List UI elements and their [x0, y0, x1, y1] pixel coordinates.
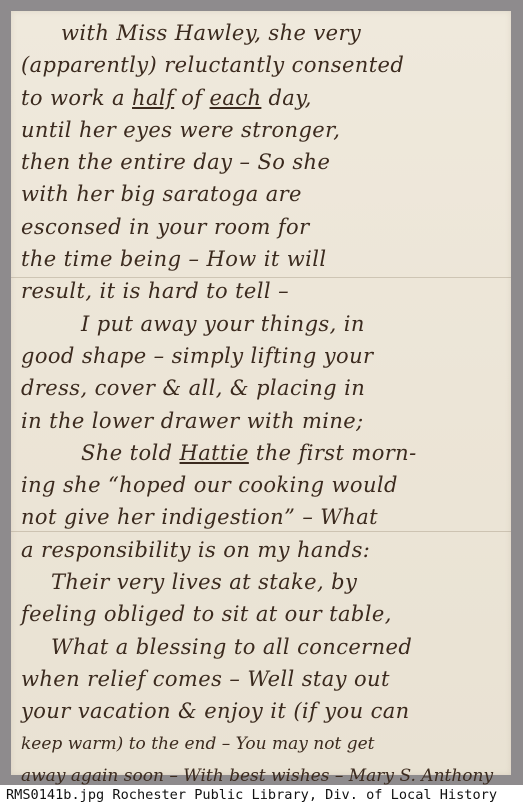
letter-line: feeling obliged to sit at our table, [21, 598, 505, 630]
letter-line: result, it is hard to tell – [21, 275, 505, 307]
underlined-word: half [132, 86, 174, 110]
letter-line: esconsed in your room for [21, 211, 505, 243]
letter-line: to work a half of each day, [21, 82, 505, 114]
handwritten-text: with Miss Hawley, she very(apparently) r… [21, 17, 505, 792]
letter-line: keep warm) to the end – You may not get [21, 728, 505, 760]
letter-line: your vacation & enjoy it (if you can [21, 695, 505, 727]
letter-line: the time being – How it will [21, 243, 505, 275]
letter-line: then the entire day – So she [21, 146, 505, 178]
letter-line: in the lower drawer with mine; [21, 405, 505, 437]
letter-line: good shape – simply lifting your [21, 340, 505, 372]
letter-line: until her eyes were stronger, [21, 114, 505, 146]
letter-line: a responsibility is on my hands: [21, 534, 505, 566]
letter-line: What a blessing to all concerned [21, 631, 505, 663]
letter-page: with Miss Hawley, she very(apparently) r… [11, 11, 511, 775]
letter-line: She told Hattie the first morn- [21, 437, 505, 469]
letter-line: with her big saratoga are [21, 178, 505, 210]
letter-line: not give her indigestion” – What [21, 501, 505, 533]
letter-line: I put away your things, in [21, 308, 505, 340]
image-caption: RMS0141b.jpg Rochester Public Library, D… [6, 785, 497, 805]
letter-line: when relief comes – Well stay out [21, 663, 505, 695]
letter-line: with Miss Hawley, she very [21, 17, 505, 49]
scan-frame: with Miss Hawley, she very(apparently) r… [0, 0, 523, 785]
letter-line: ing she “hoped our cooking would [21, 469, 505, 501]
letter-line: dress, cover & all, & placing in [21, 372, 505, 404]
letter-line: (apparently) reluctantly consented [21, 49, 505, 81]
letter-line: Their very lives at stake, by [21, 566, 505, 598]
underlined-word: each [210, 86, 262, 110]
underlined-word: Hattie [180, 441, 249, 465]
